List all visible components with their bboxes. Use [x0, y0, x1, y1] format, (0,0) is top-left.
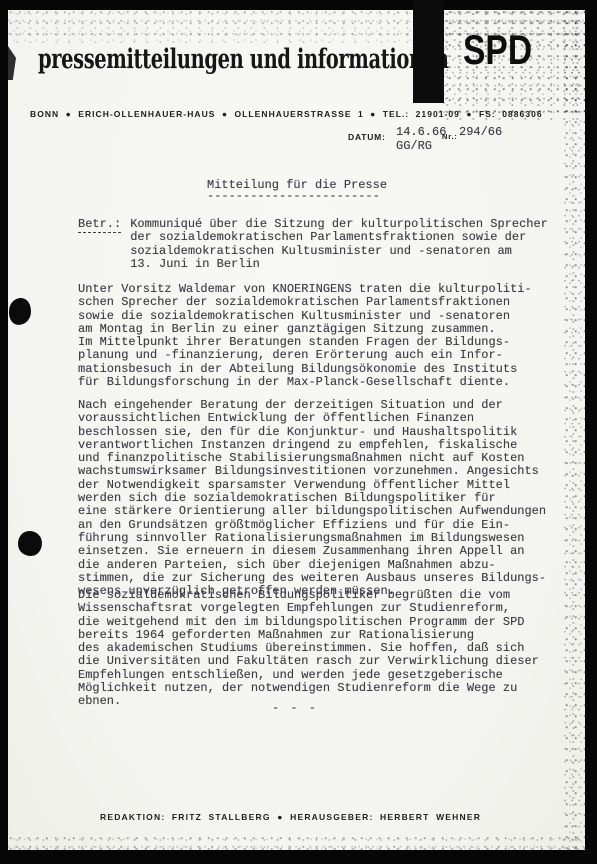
paragraph-3: Die sozialdemokratischen Bildungspolitik…: [78, 589, 558, 709]
paper-sheet: pressemitteilungen und informationen SPD…: [8, 10, 585, 850]
number-value: 294/66: [459, 126, 502, 139]
paragraph-1: Unter Vorsitz Waldemar von KNOERINGENS t…: [78, 283, 558, 389]
notice-underline: ------------------------: [207, 190, 380, 203]
scan-noise-right: [564, 10, 585, 850]
logo-divider-bar: [413, 0, 444, 103]
scan-edge-mark: [8, 46, 16, 80]
subject-text: Kommuniqué über die Sitzung der kulturpo…: [130, 218, 548, 271]
scanned-press-release: pressemitteilungen und informationen SPD…: [0, 0, 597, 864]
date-value: 14.6.66: [396, 126, 446, 139]
scan-noise-bottom: [8, 836, 585, 850]
subject-label: Betr.:: [78, 218, 121, 233]
number-label: Nr.:: [442, 132, 458, 141]
footer-imprint: REDAKTION: FRITZ STALLBERG ● HERAUSGEBER…: [100, 812, 481, 822]
subject-block: Betr.: Kommuniqué über die Sitzung der k…: [78, 218, 548, 271]
masthead-title: pressemitteilungen und informationen: [38, 44, 449, 75]
closing-dashes: - - -: [272, 702, 318, 715]
address-line: BONN ● ERICH-OLLENHAUER-HAUS ● OLLENHAUE…: [30, 109, 543, 119]
date-label: DATUM:: [348, 132, 386, 142]
paragraph-2: Nach eingehender Beratung der derzeitige…: [78, 399, 558, 598]
editor-initials: GG/RG: [396, 140, 432, 153]
spd-logo: SPD: [463, 26, 532, 74]
